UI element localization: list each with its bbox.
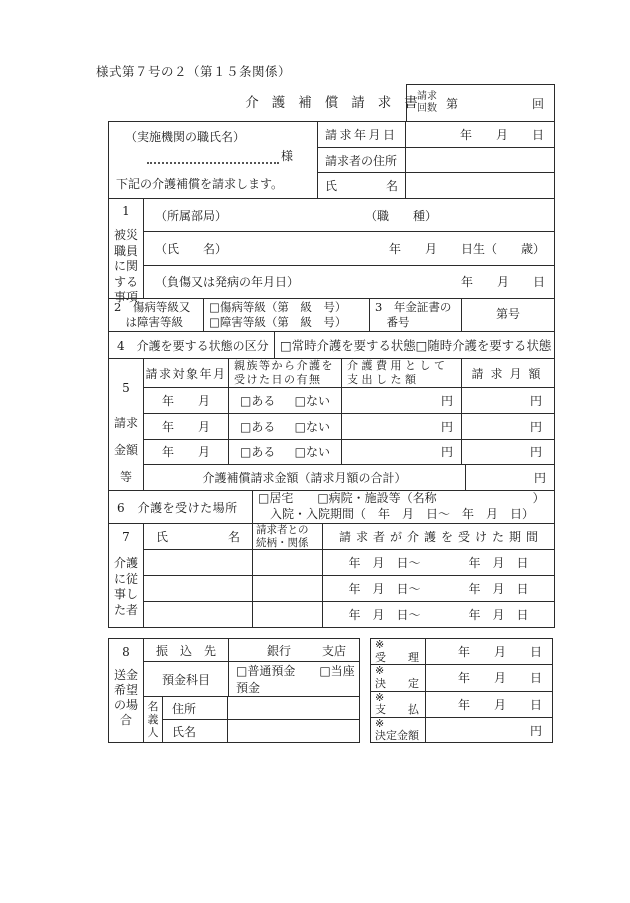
addressee-block: （実施機関の職氏名） 様 下記の介護補償を請求します。 [109, 122, 318, 198]
claimant-name-label-last: 名 [386, 177, 398, 194]
care-period-header: 請求者が介護を受けた期間 [322, 524, 554, 549]
header-table: （実施機関の職氏名） 様 下記の介護補償を請求します。 請求年月日 年 月 日 … [108, 121, 555, 199]
employee-name-label: （氏 名） [155, 240, 227, 257]
relationship-header: 請求者との 続柄・関係 [252, 524, 322, 549]
care-place-options: □居宅 □病院・施設等（名称 ） 入院・入院期間（ 年 月 日〜 年 月 日） [252, 491, 554, 523]
deposit-type-label: 預金科目 [144, 662, 229, 696]
caregiver-row-2: 年 月 日〜 年 月 日 [144, 575, 554, 601]
bank-branch-field: 銀行 支店 [229, 639, 359, 661]
claim-total-label: 介護補償請求金額（請求月額の合計） [144, 465, 465, 490]
claim-total-row: 介護補償請求金額（請求月額の合計） 円 [144, 464, 554, 490]
care-period-field: 年 月 日〜 年 月 日 [322, 550, 554, 575]
monthly-claim-header: 請求月額 [461, 359, 550, 387]
department-label: （所属部局） [155, 207, 227, 224]
pension-certificate-label: 3 年金証書の 番号 [369, 299, 461, 331]
claim-date-field: 年 月 日 [406, 122, 554, 147]
family-care-checkboxes: □ある □ない [228, 388, 341, 413]
deposit-type-row: 預金科目 □普通預金 □当座預金 [144, 661, 359, 696]
target-month-field: 年 月 [144, 388, 228, 413]
section6-care-place: 6 介護を受けた場所 □居宅 □病院・施設等（名称 ） 入院・入院期間（ 年 月… [108, 490, 555, 524]
care-place-checkbox-line: □居宅 □病院・施設等（名称 ） [258, 491, 554, 507]
occupation-label: （職 種） [365, 207, 437, 224]
claim-count-prefix: 第 [446, 95, 458, 112]
family-care-checkboxes: □ある □ない [228, 414, 341, 439]
claimant-name-label: 氏 名 [318, 173, 406, 198]
birthdate-field: 年 月 日生（ 歳） [389, 240, 545, 257]
injury-grade-checkbox-line: □傷病等級（第 級 号） [209, 300, 369, 315]
family-care-checkboxes: □ある □ない [228, 440, 341, 465]
family-care-header: 親族等から介護を 受けた日の有無 [228, 359, 341, 387]
grade-checkboxes: □傷病等級（第 級 号） □障害等級（第 級 号） [203, 299, 369, 331]
section8-remittance: 8 送金 希望 の場 合 振 込 先 銀行 支店 預金科目 □普通預金 □当座預… [108, 638, 360, 743]
agency-name-note: （実施機関の職氏名） [125, 128, 245, 145]
section7-caregivers: 7 介護 に従 事し た者 氏 名 請求者との 続柄・関係 請求者が介護を受けた… [108, 523, 555, 628]
addressee-honorific: 様 [281, 147, 293, 164]
section1-rows: （所属部局） （職 種） （氏 名） 年 月 日生（ 歳） （負傷又は発病の年月… [144, 199, 554, 298]
claim-count-label-line1: 請求 [417, 91, 437, 103]
expense-field: 円 [341, 440, 461, 465]
paid-date-field: 年 月 日 [426, 692, 552, 717]
employee-name-row: （氏 名） 年 月 日生（ 歳） [144, 231, 554, 264]
section8-side-label: 8 送金 希望 の場 合 [109, 639, 144, 742]
claim-count-label: 請求 回数 [417, 91, 437, 115]
section5-side-text: 請求 金額 等 [114, 410, 138, 491]
relationship-field [252, 602, 322, 627]
claimant-address-field [406, 148, 554, 173]
caregiver-row-1: 年 月 日〜 年 月 日 [144, 549, 554, 575]
addressee-line: 様 [147, 147, 293, 164]
claim-month-row-3: 年 月 □ある □ない 円 円 [144, 439, 554, 465]
declaration-text: 下記の介護補償を請求します。 [116, 175, 283, 192]
decided-amount-label: ※ 決定金額 [371, 718, 426, 743]
claim-total-field: 円 [465, 465, 554, 490]
decided-amount-field: 円 [426, 718, 552, 743]
form-number-note: 様式第７号の２（第１５条関係） [96, 62, 291, 80]
claim-month-row-1: 年 月 □ある □ない 円 円 [144, 387, 554, 413]
section1-number: 1 [122, 204, 130, 218]
injury-date-label: （負傷又は発病の年月日） [155, 273, 299, 290]
decided-date-field: 年 月 日 [426, 665, 552, 690]
care-expense-header: 介護費用として 支出した額 [341, 359, 461, 387]
bank-suffix: 銀行 [267, 642, 291, 659]
section8-number: 8 [122, 645, 130, 659]
transfer-destination-label: 振 込 先 [144, 639, 229, 661]
received-row: ※ 受 理 年 月 日 [371, 639, 552, 664]
claim-month-row-2: 年 月 □ある □ない 円 円 [144, 413, 554, 439]
section7-header-row: 氏 名 請求者との 続柄・関係 請求者が介護を受けた期間 [144, 524, 554, 549]
holder-address-row: 住所 [163, 697, 359, 719]
monthly-amount-field: 円 [461, 388, 550, 413]
grade-label: 2 傷病等級又 は障害等級 [109, 299, 203, 331]
claimant-address-row: 請求者の住所 [318, 147, 554, 173]
relationship-field [252, 576, 322, 601]
injury-date-row: （負傷又は発病の年月日） 年 月 日 [144, 265, 554, 298]
section5-side-label: 5 請求 金額 等 [109, 359, 144, 490]
hospitalization-period-line: 入院・入院期間（ 年 月 日〜 年 月 日） [258, 507, 554, 523]
paid-label: ※ 支 払 [371, 692, 426, 717]
dotted-fill-line [147, 151, 279, 164]
section8-side-text: 送金 希望 の場 合 [114, 668, 138, 728]
relationship-field [252, 550, 322, 575]
holder-address-label: 住所 [163, 697, 228, 719]
caregiver-name-field [144, 576, 252, 601]
target-month-header: 請求対象年月 [144, 359, 228, 387]
section5-header-row: 請求対象年月 親族等から介護を 受けた日の有無 介護費用として 支出した額 請求… [144, 359, 554, 387]
claim-count-box: 請求 回数 第 回 [406, 84, 555, 122]
section7-table: 氏 名 請求者との 続柄・関係 請求者が介護を受けた期間 年 月 日〜 年 月 … [144, 524, 554, 627]
claim-count-label-line2: 回数 [417, 103, 437, 115]
holder-address-field [228, 697, 359, 719]
received-date-field: 年 月 日 [426, 639, 552, 664]
decided-amount-row: ※ 決定金額 円 [371, 717, 552, 743]
disability-grade-checkbox-line: □障害等級（第 級 号） [209, 315, 369, 330]
account-holder-label: 名 義 人 [144, 697, 163, 742]
section5-claim-amount: 5 請求 金額 等 請求対象年月 親族等から介護を 受けた日の有無 介護費用とし… [108, 358, 555, 491]
holder-name-field [228, 720, 359, 742]
office-use-table: ※ 受 理 年 月 日 ※ 決 定 年 月 日 ※ 支 払 年 月 日 ※ 決定… [370, 638, 553, 743]
target-month-field: 年 月 [144, 414, 228, 439]
section7-number: 7 [122, 530, 130, 544]
caregiver-name-field [144, 602, 252, 627]
claim-count-suffix: 回 [532, 95, 544, 112]
target-month-field: 年 月 [144, 440, 228, 465]
section2-grade-row: 2 傷病等級又 は障害等級 □傷病等級（第 級 号） □障害等級（第 級 号） … [108, 298, 555, 332]
care-state-label: 4 介護を要する状態の区分 [109, 332, 274, 358]
claimant-block: 請求年月日 年 月 日 請求者の住所 氏 名 [318, 122, 554, 198]
received-label: ※ 受 理 [371, 639, 426, 664]
branch-suffix: 支店 [322, 642, 346, 659]
department-row: （所属部局） （職 種） [144, 199, 554, 231]
care-period-field: 年 月 日〜 年 月 日 [322, 602, 554, 627]
claimant-name-row: 氏 名 [318, 172, 554, 198]
care-period-field: 年 月 日〜 年 月 日 [322, 576, 554, 601]
injury-date-field: 年 月 日 [461, 273, 545, 290]
caregiver-name-header: 氏 名 [144, 524, 252, 549]
transfer-destination-row: 振 込 先 銀行 支店 [144, 639, 359, 661]
holder-name-row: 氏名 [163, 719, 359, 742]
caregiver-row-3: 年 月 日〜 年 月 日 [144, 601, 554, 627]
section5-table: 請求対象年月 親族等から介護を 受けた日の有無 介護費用として 支出した額 請求… [144, 359, 554, 490]
paid-row: ※ 支 払 年 月 日 [371, 691, 552, 717]
claim-date-row: 請求年月日 年 月 日 [318, 122, 554, 147]
section4-care-state-row: 4 介護を要する状態の区分 □常時介護を要する状態□随時介護を要する状態 [108, 331, 555, 359]
section1-side-label: 1 被災 職員 に関 する 事項 [109, 199, 144, 298]
section8-table: 振 込 先 銀行 支店 預金科目 □普通預金 □当座預金 名 義 人 住所 [144, 639, 359, 742]
section1-side-text: 被災 職員 に関 する 事項 [114, 228, 138, 306]
pension-certificate-number-field: 第 号 [461, 299, 554, 331]
holder-name-label: 氏名 [163, 720, 228, 742]
monthly-amount-field: 円 [461, 440, 550, 465]
expense-field: 円 [341, 414, 461, 439]
caregiver-name-field [144, 550, 252, 575]
care-place-label: 6 介護を受けた場所 [109, 491, 252, 523]
section5-number: 5 [122, 381, 130, 395]
claimant-name-label-first: 氏 [325, 177, 337, 194]
section7-side-text: 介護 に従 事し た者 [114, 556, 138, 618]
claim-date-label: 請求年月日 [318, 122, 406, 147]
account-holder-rows: 名 義 人 住所 氏名 [144, 696, 359, 742]
section7-side-label: 7 介護 に従 事し た者 [109, 524, 144, 627]
deposit-type-checkboxes: □普通預金 □当座預金 [229, 662, 359, 696]
decided-label: ※ 決 定 [371, 665, 426, 690]
section1-injured-employee: 1 被災 職員 に関 する 事項 （所属部局） （職 種） （氏 名） 年 月 … [108, 198, 555, 299]
care-compensation-claim-form: 様式第７号の２（第１５条関係） 介護補償請求書 請求 回数 第 回 （実施機関の… [0, 0, 630, 903]
expense-field: 円 [341, 388, 461, 413]
claimant-address-label: 請求者の住所 [318, 148, 406, 173]
claimant-name-field [406, 173, 554, 198]
decided-row: ※ 決 定 年 月 日 [371, 664, 552, 690]
monthly-amount-field: 円 [461, 414, 550, 439]
care-state-options: □常時介護を要する状態□随時介護を要する状態 [274, 332, 554, 358]
